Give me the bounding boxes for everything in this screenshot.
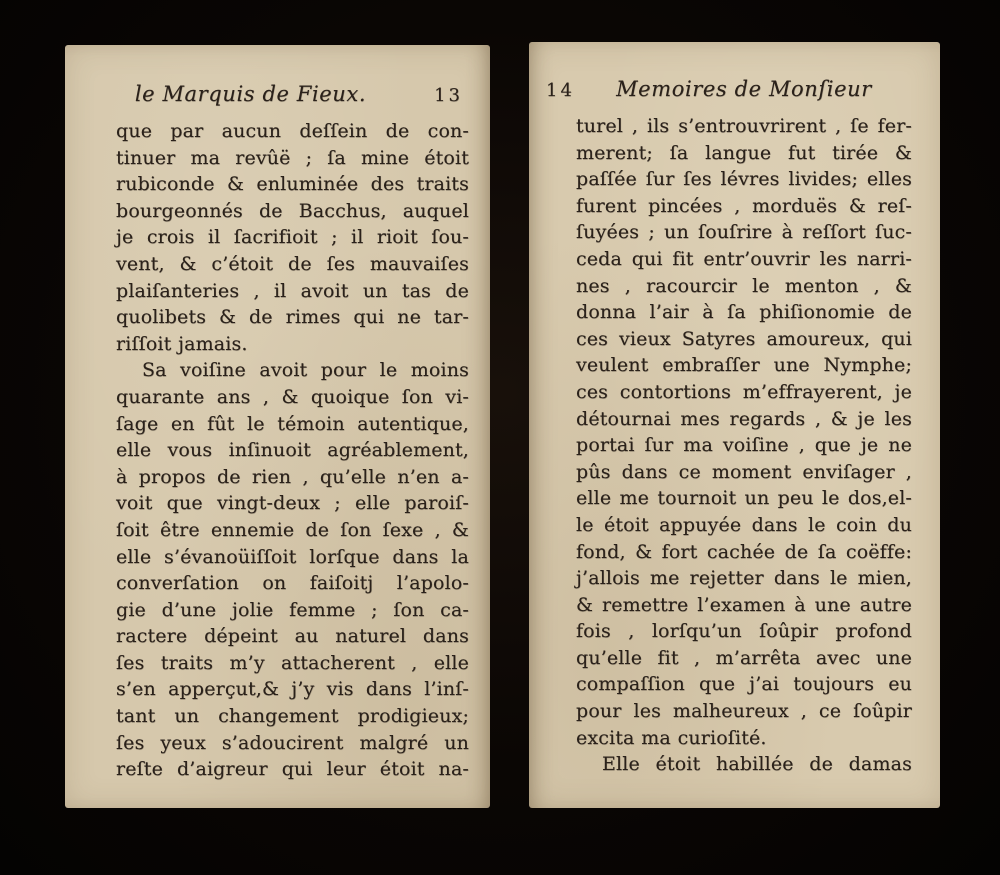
text-line: excita ma curioſité. [576, 725, 912, 752]
text-line: quolibets & de rimes qui ne tar- [116, 304, 469, 331]
text-line: paſſée ſur ſes lévres livides; elles [576, 166, 912, 193]
text-line: converſation on faiſoitj l’apolo- [116, 570, 469, 597]
text-line: pûs dans ce moment enviſager , [576, 459, 912, 486]
text-line: Sa voiſine avoit pour le moins [116, 357, 469, 384]
right-page: 14 Memoires de Monſieur turel , ils s’en… [529, 42, 940, 808]
text-line: voit que vingt-deux ; elle paroiſ- [116, 490, 469, 517]
left-page-number: 13 [434, 82, 463, 109]
left-running-title: le Marquis de Fieux. [135, 82, 366, 106]
text-line: tinuer ma revûë ; ſa mine étoit [116, 145, 469, 172]
text-line: elle s’évanoüiſſoit lorſque dans la [116, 544, 469, 571]
text-line: bourgeonnés de Bacchus, auquel [116, 198, 469, 225]
book-spread-scan: le Marquis de Fieux. 13 que par aucun de… [0, 0, 1000, 875]
text-line: vent, & c’étoit de ſes mauvaiſes [116, 251, 469, 278]
text-line: elle me tournoit un peu le dos,el- [576, 485, 912, 512]
text-line: qu’elle fit , m’arrêta avec une [576, 645, 912, 672]
text-line: ſes traits m’y attacherent , elle [116, 650, 469, 677]
text-line: donna l’air à ſa phiſionomie de [576, 299, 912, 326]
text-line: merent; ſa langue fut tirée & [576, 140, 912, 167]
text-line: à propos de rien , qu’elle n’en a- [116, 464, 469, 491]
text-line: turel , ils s’entrouvrirent , ſe fer- [576, 113, 912, 140]
text-line: reſte d’aigreur qui leur étoit na- [116, 756, 469, 783]
text-line: nes , racourcir le menton , & [576, 273, 912, 300]
text-line: elle vous inſinuoit agréablement, [116, 437, 469, 464]
right-running-title: Memoires de Monſieur [616, 77, 872, 101]
text-line: plaiſanteries , il avoit un tas de [116, 278, 469, 305]
text-line: ſage en fût le témoin autentique, [116, 411, 469, 438]
text-line: j’allois me rejetter dans le mien, [576, 565, 912, 592]
text-line: veulent embraſſer une Nymphe; [576, 352, 912, 379]
text-line: pour les malheureux , ce ſoûpir [576, 698, 912, 725]
text-line: ces contortions m’effrayerent, je [576, 379, 912, 406]
text-line: ſoit être ennemie de ſon ſexe , & [116, 517, 469, 544]
text-line: Elle étoit habillée de damas [576, 751, 912, 778]
text-line: portai ſur ma voiſine , que je ne [576, 432, 912, 459]
text-line: riſſoit jamais. [116, 331, 469, 358]
left-page-text: que par aucun deſſein de con-tinuer ma r… [116, 118, 469, 783]
right-page-number: 14 [546, 77, 575, 104]
right-page-text: turel , ils s’entrouvrirent , ſe fer-mer… [576, 113, 912, 778]
text-line: ſuyées ; un ſouſrire à reſſort ſuc- [576, 219, 912, 246]
text-line: fois , lorſqu’un ſoûpir profond [576, 618, 912, 645]
text-line: furent pincées , morduës & reſ- [576, 193, 912, 220]
left-page: le Marquis de Fieux. 13 que par aucun de… [65, 45, 490, 808]
text-line: tant un changement prodigieux; [116, 703, 469, 730]
text-line: détournai mes regards , & je les [576, 406, 912, 433]
text-line: ractere dépeint au naturel dans [116, 623, 469, 650]
text-line: le étoit appuyée dans le coin du [576, 512, 912, 539]
text-line: compaſſion que j’ai toujours eu [576, 671, 912, 698]
text-line: gie d’une jolie femme ; ſon ca- [116, 597, 469, 624]
left-running-header: le Marquis de Fieux. 13 [116, 81, 469, 108]
text-line: que par aucun deſſein de con- [116, 118, 469, 145]
text-line: & remettre l’examen à une autre [576, 592, 912, 619]
text-line: s’en apperçut,& j’y vis dans l’inſ- [116, 676, 469, 703]
text-line: ces vieux Satyres amoureux, qui [576, 326, 912, 353]
text-line: rubiconde & enluminée des traits [116, 171, 469, 198]
text-line: quarante ans , & quoique ſon vi- [116, 384, 469, 411]
text-line: ſes yeux s’adoucirent malgré un [116, 730, 469, 757]
right-running-header: 14 Memoires de Monſieur [576, 76, 912, 103]
text-line: ceda qui fit entr’ouvrir les narri- [576, 246, 912, 273]
text-line: fond, & fort cachée de ſa coëffe: [576, 539, 912, 566]
text-line: je crois il ſacrifioit ; il rioit ſou- [116, 224, 469, 251]
